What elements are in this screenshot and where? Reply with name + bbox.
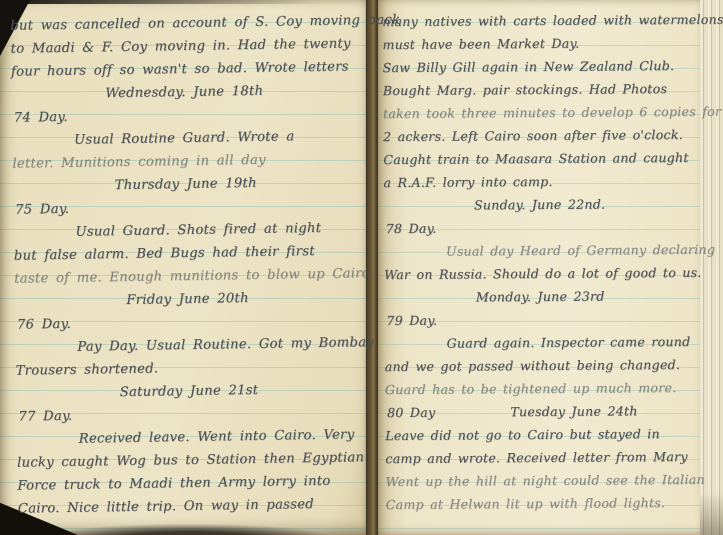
page-edge-stack bbox=[700, 0, 723, 535]
handwriting-line: War on Russia. Should do a lot of good t… bbox=[384, 261, 696, 286]
handwriting-line: camp and wrote. Received letter from Mar… bbox=[385, 445, 697, 470]
handwriting-line: 79 Day. bbox=[384, 307, 696, 332]
handwriting-left-page: but was cancelled on account of S. Coy m… bbox=[10, 9, 364, 520]
handwriting-line: many natives with carts loaded with wate… bbox=[382, 8, 694, 33]
handwriting-line: Went up the hill at night could see the … bbox=[385, 468, 697, 493]
handwriting-line: Monday. June 23rd bbox=[384, 284, 696, 309]
top-edge-shadow bbox=[0, 0, 380, 4]
handwriting-line: Camp at Helwan lit up with flood lights. bbox=[386, 491, 698, 516]
handwriting-line: Guard again. Inspector came round bbox=[384, 330, 696, 355]
handwriting-line: Saw Billy Gill again in New Zealand Club… bbox=[383, 54, 695, 79]
handwriting-line: must have been Market Day. bbox=[382, 31, 694, 56]
handwriting-line: 80 Day Tuesday June 24th bbox=[385, 399, 697, 424]
handwriting-line: taken took three minutes to develop 6 co… bbox=[383, 100, 695, 125]
handwriting-line: and we got passed without being changed. bbox=[385, 353, 697, 378]
handwriting-line: Sunday. June 22nd. bbox=[384, 192, 696, 217]
handwriting-line: Guard has to be tightened up much more. bbox=[385, 376, 697, 401]
handwriting-line: Caught train to Maasara Station and caug… bbox=[383, 146, 695, 171]
handwriting-line: Leave did not go to Cairo but stayed in bbox=[385, 422, 697, 447]
handwriting-right-page: many natives with carts loaded with wate… bbox=[382, 8, 698, 516]
handwriting-line: Bought Marg. pair stockings. Had Photos bbox=[383, 77, 695, 102]
handwriting-line: 78 Day. bbox=[384, 215, 696, 240]
handwriting-line: Usual day Heard of Germany declaring bbox=[384, 238, 696, 263]
diary-photo: but was cancelled on account of S. Coy m… bbox=[0, 0, 723, 535]
handwriting-line: a R.A.F. lorry into camp. bbox=[383, 169, 695, 194]
handwriting-line: 2 ackers. Left Cairo soon after five o'c… bbox=[383, 123, 695, 148]
page-bottom-shadow bbox=[40, 519, 370, 535]
